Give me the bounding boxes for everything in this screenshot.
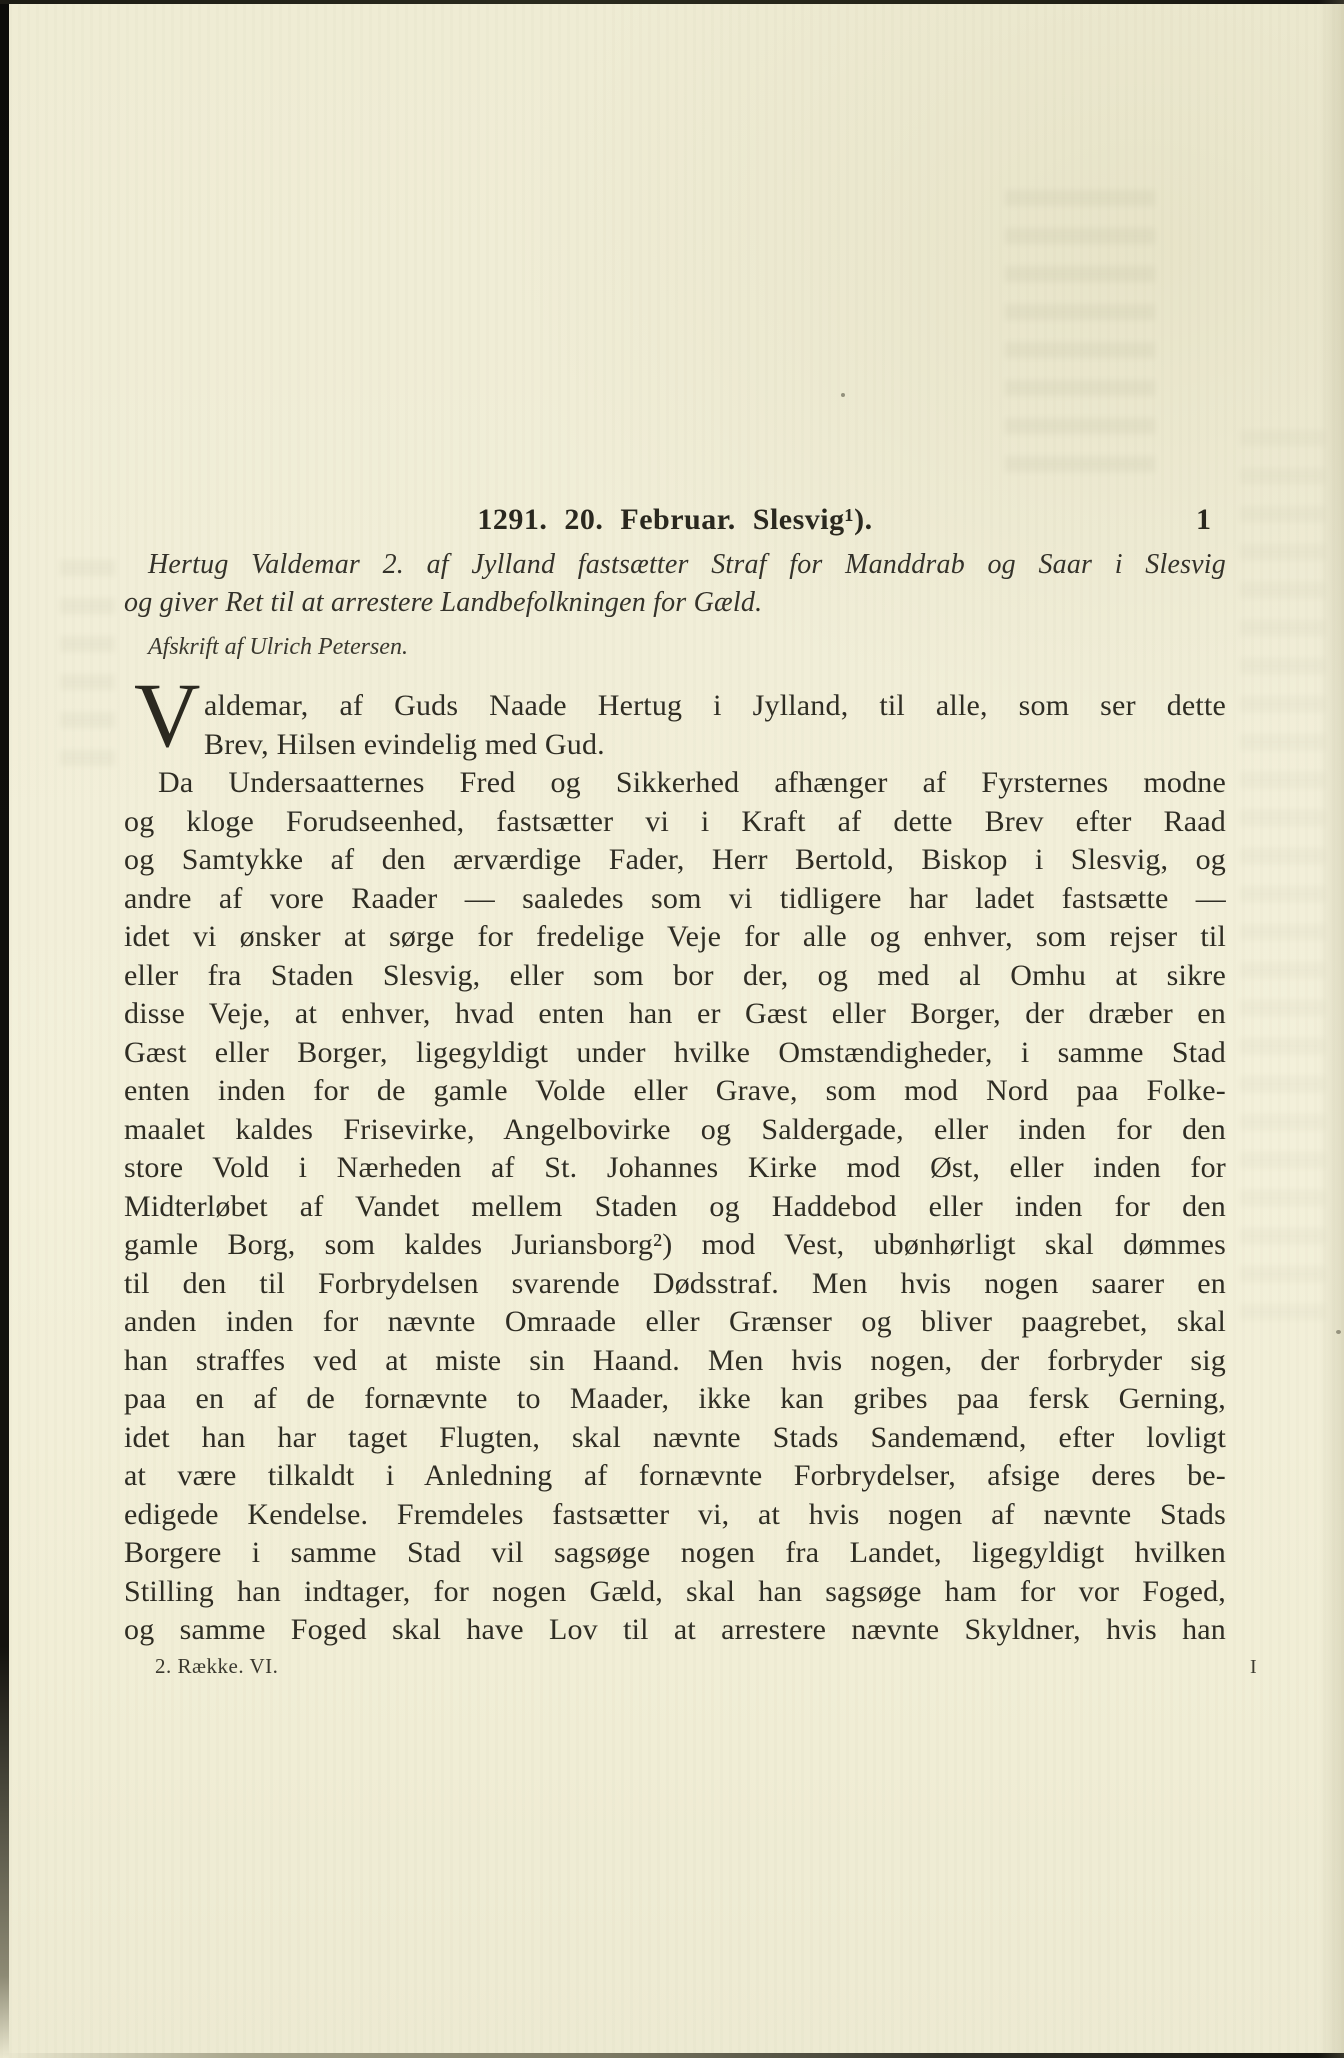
body-line: Stilling han indtager, for nogen Gæld, s… <box>124 1573 1226 1612</box>
body-line: andre af vore Raader — saaledes som vi t… <box>124 880 1226 919</box>
body-line: Gæst eller Borger, ligegyldigt under hvi… <box>124 1034 1226 1073</box>
body-line: Midterløbet af Vandet mellem Staden og H… <box>124 1188 1226 1227</box>
scan-edge-left <box>0 0 9 2058</box>
ink-showthrough <box>60 560 115 780</box>
body-line: enten inden for de gamle Volde eller Gra… <box>124 1072 1226 1111</box>
summary-line: Hertug Valdemar 2. af Jylland fastsætter… <box>124 549 1226 581</box>
body-line: aldemar, af Guds Naade Hertug i Jylland,… <box>124 687 1226 726</box>
summary-line: og giver Ret til at arrestere Landbefolk… <box>124 587 1226 619</box>
body-line: og Samtykke af den ærværdige Fader, Herr… <box>124 841 1226 880</box>
body-line: eller fra Staden Slesvig, eller som bor … <box>124 957 1226 996</box>
scan-edge-bottom <box>0 2053 1344 2058</box>
ink-showthrough <box>1240 430 1325 1330</box>
body-line: idet vi ønsker at sørge for fredelige Ve… <box>124 918 1226 957</box>
body-line: og kloge Forudseenhed, fastsætter vi i K… <box>124 803 1226 842</box>
scan-speck <box>841 393 845 397</box>
scanned-book-page: 1291. 20. Februar. Slesvig¹). 1 Hertug V… <box>0 0 1344 2058</box>
sheet-signature: I <box>1250 1656 1257 1679</box>
body-line: Da Undersaatternes Fred og Sikkerhed afh… <box>124 764 1226 803</box>
ink-showthrough <box>1005 190 1155 490</box>
body-line: og samme Foged skal have Lov til at arre… <box>124 1611 1226 1650</box>
scan-speck <box>1336 1330 1341 1334</box>
body-line: Brev, Hilsen evindelig med Gud. <box>124 726 1226 765</box>
body-line: maalet kaldes Frisevirke, Angelbovirke o… <box>124 1111 1226 1150</box>
body-line: idet han har taget Flugten, skal nævnte … <box>124 1419 1226 1458</box>
body-line: gamle Borg, som kaldes Juriansborg²) mod… <box>124 1226 1226 1265</box>
series-mark: 2. Række. VI. <box>155 1654 278 1679</box>
body-line: han straffes ved at miste sin Haand. Men… <box>124 1342 1226 1381</box>
page-number: 1 <box>1196 503 1211 537</box>
body-line: edigede Kendelse. Fremdeles fastsætter v… <box>124 1496 1226 1535</box>
body-line: paa en af de fornævnte to Maader, ikke k… <box>124 1380 1226 1419</box>
scan-edge-top <box>0 0 1344 4</box>
body-line: anden inden for nævnte Omraade eller Græ… <box>124 1303 1226 1342</box>
dateline-heading: 1291. 20. Februar. Slesvig¹). <box>124 503 1226 537</box>
body-line: at være tilkaldt i Anledning af fornævnt… <box>124 1457 1226 1496</box>
source-attribution: Afskrift af Ulrich Petersen. <box>148 634 408 661</box>
body-line: Borgere i samme Stad vil sagsøge nogen f… <box>124 1534 1226 1573</box>
body-line: store Vold i Nærheden af St. Johannes Ki… <box>124 1149 1226 1188</box>
body-line: disse Veje, at enhver, hvad enten han er… <box>124 995 1226 1034</box>
body-line: til den til Forbrydelsen svarende Dødsst… <box>124 1265 1226 1304</box>
body-text: aldemar, af Guds Naade Hertug i Jylland,… <box>124 687 1226 1650</box>
